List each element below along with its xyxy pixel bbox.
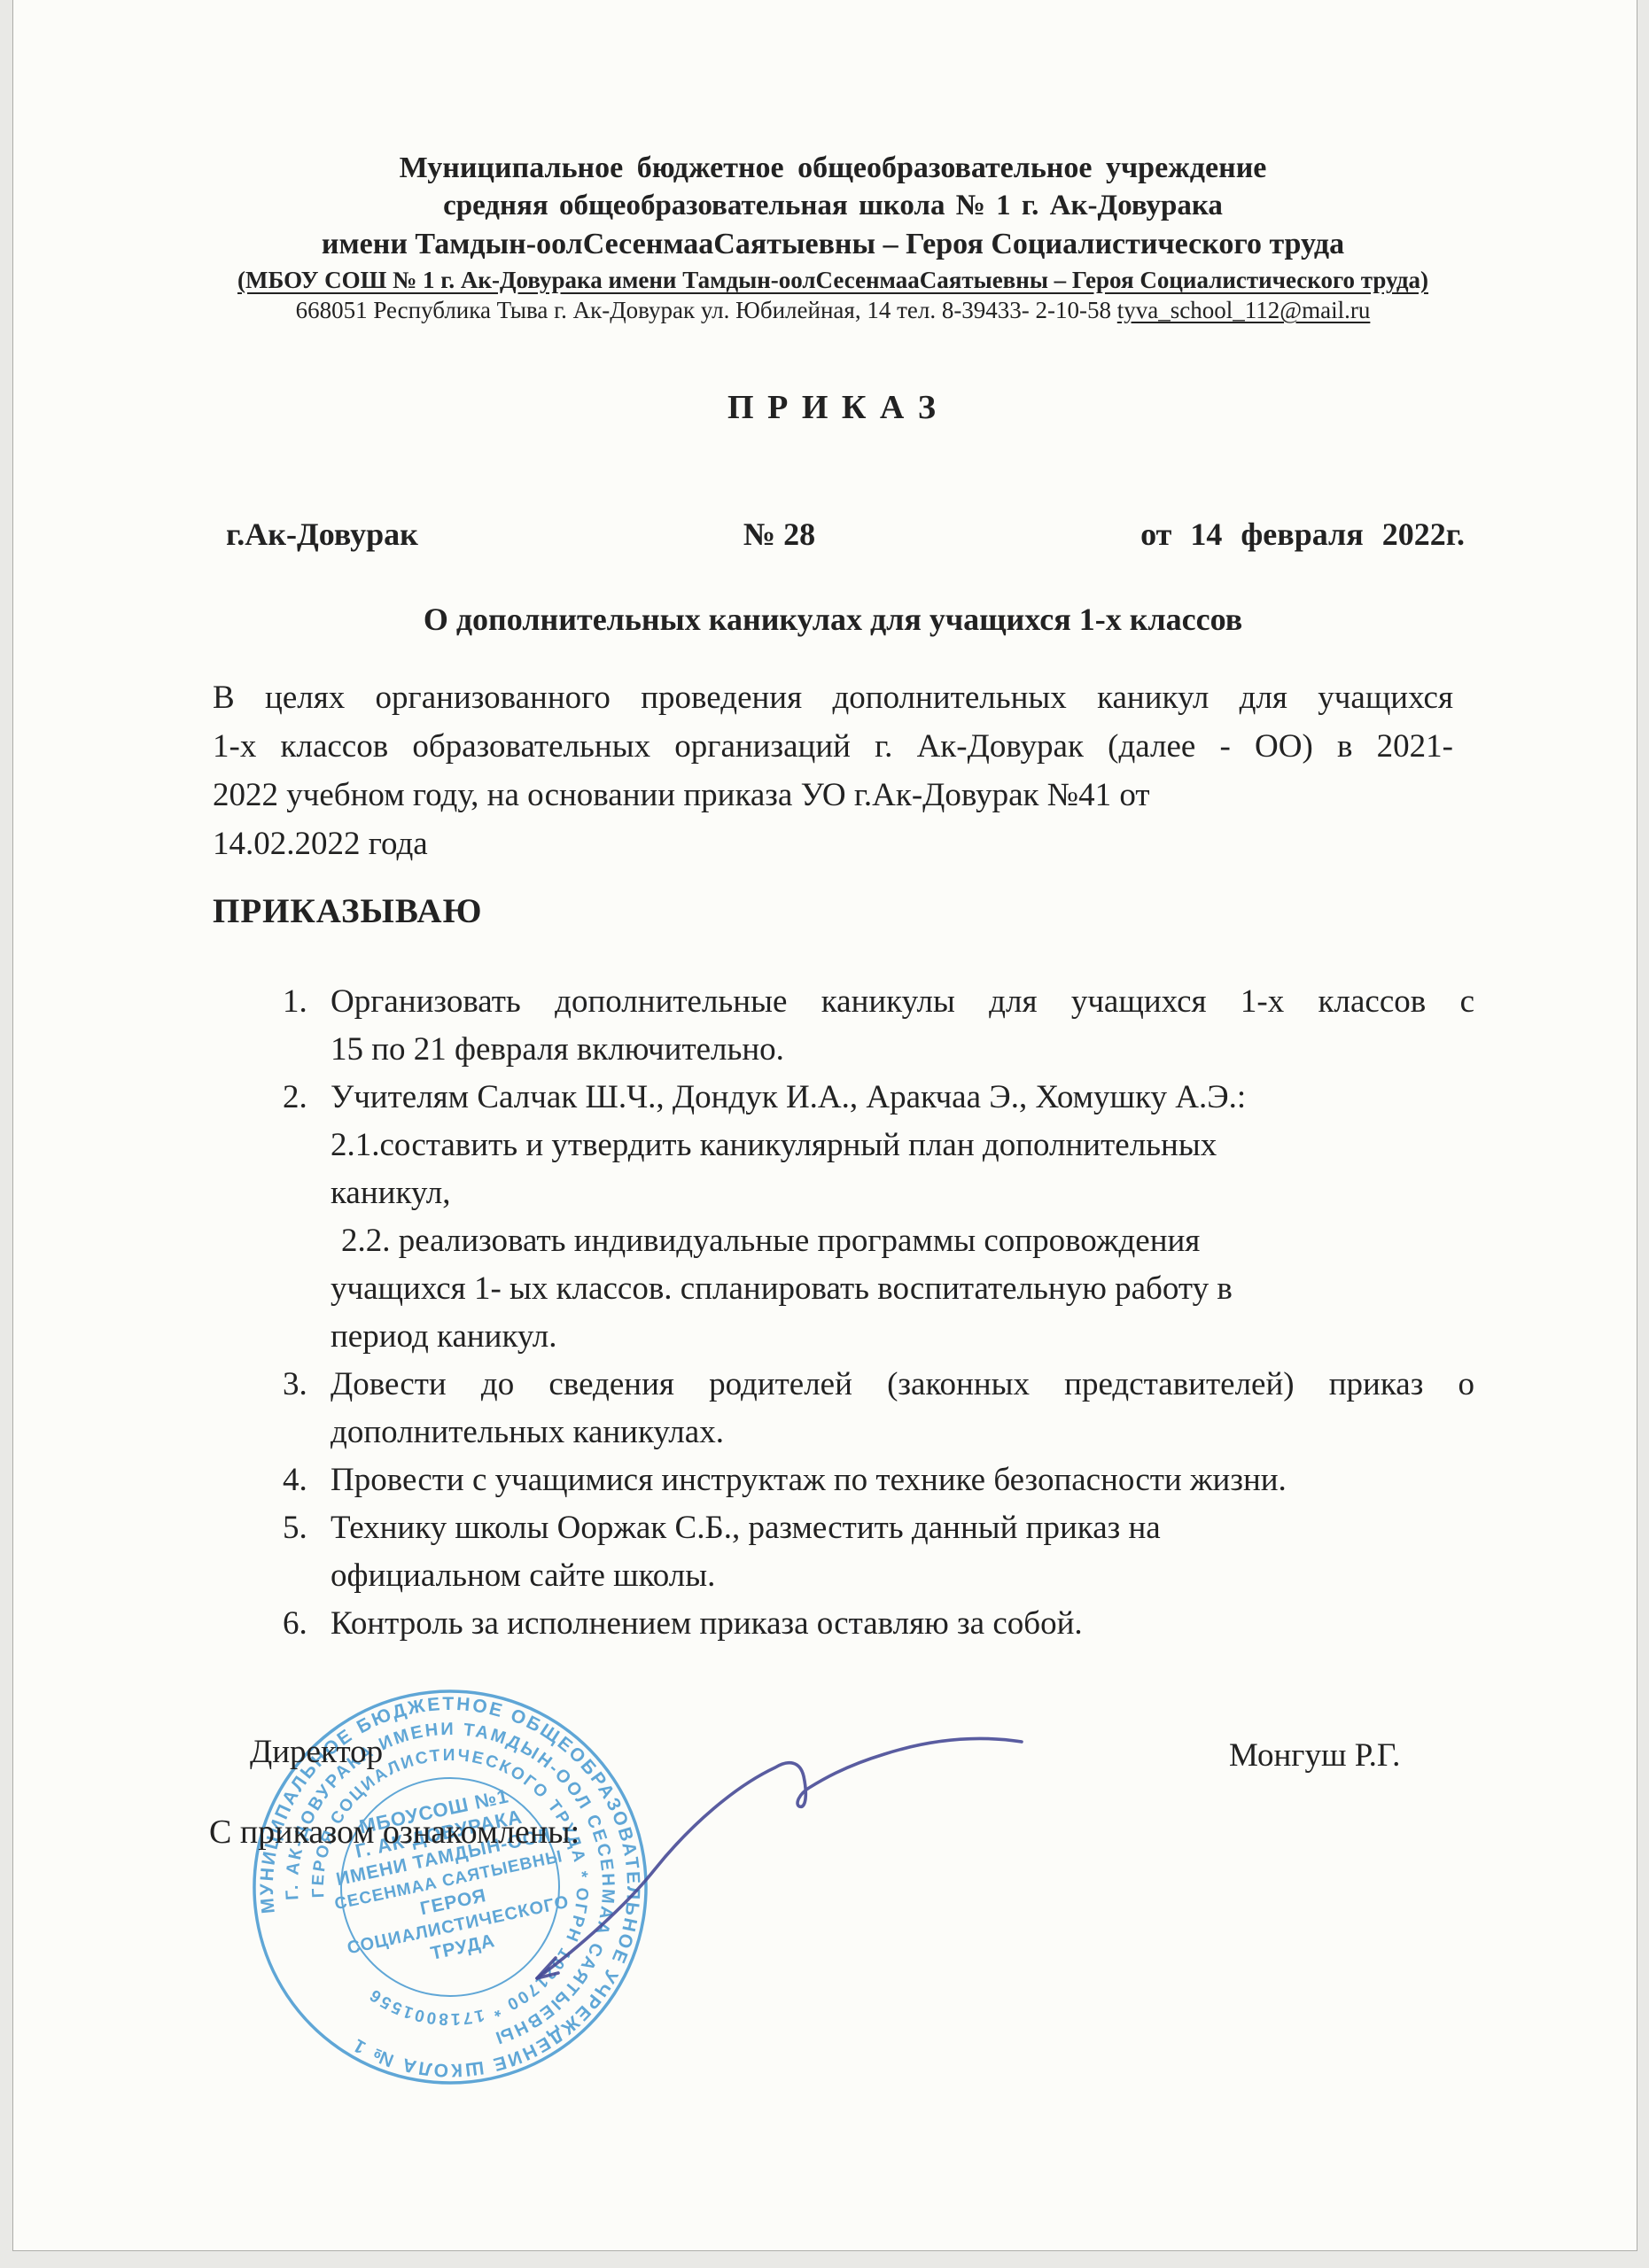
acknowledgement-label: С приказом ознакомлены: (209, 1813, 579, 1852)
preamble-line: В целях организованного проведения допол… (213, 673, 1453, 722)
director-signature (514, 1717, 1046, 2009)
signer-name: Монгуш Р.Г. (1229, 1736, 1400, 1775)
order-date: от 14 февраля 2022г. (1140, 516, 1465, 553)
order-place: г.Ак-Довурак (226, 516, 418, 553)
decree-heading: ПРИКАЗЫВАЮ (213, 891, 482, 931)
org-name-line-2: средняя общеобразовательная школа № 1 г.… (213, 187, 1453, 225)
item-line: каникул, (331, 1169, 1474, 1217)
order-items-list: 1. Организовать дополнительные каникулы … (213, 978, 1474, 1648)
signer-role: Директор (250, 1733, 383, 1771)
list-item: 1. Организовать дополнительные каникулы … (213, 978, 1474, 1074)
preamble: В целях организованного проведения допол… (213, 673, 1453, 868)
preamble-line: 1-х классов образовательных организаций … (213, 722, 1453, 771)
item-number: 3. (283, 1361, 307, 1409)
org-address-line: 668051 Республика Тыва г. Ак-Довурак ул.… (213, 295, 1453, 325)
item-number: 6. (283, 1600, 307, 1648)
org-email-link[interactable]: tyva_school_112@mail.ru (1117, 297, 1371, 323)
item-line: Провести с учащимися инструктаж по техни… (331, 1456, 1474, 1504)
document-title: П Р И К А З (213, 388, 1453, 427)
item-line: Довести до сведения родителей (законных … (331, 1361, 1474, 1409)
list-item: 3. Довести до сведения родителей (законн… (213, 1361, 1474, 1456)
item-line: 15 по 21 февраля включительно. (331, 1026, 1474, 1074)
item-number: 2. (283, 1074, 307, 1122)
item-number: 5. (283, 1504, 307, 1552)
preamble-line: 2022 учебном году, на основании приказа … (213, 771, 1453, 819)
item-line: учащихся 1- ых классов. спланировать вос… (331, 1265, 1474, 1313)
item-line: официальном сайте школы. (331, 1552, 1474, 1600)
item-line: дополнительных каникулах. (331, 1409, 1474, 1456)
item-line: Контроль за исполнением приказа оставляю… (331, 1600, 1474, 1648)
order-subject: О дополнительных каникулах для учащихся … (213, 601, 1453, 638)
list-item: 6. Контроль за исполнением приказа остав… (213, 1600, 1474, 1648)
list-item: 4. Провести с учащимися инструктаж по те… (213, 1456, 1474, 1504)
preamble-line: 14.02.2022 года (213, 819, 1453, 868)
order-number: № 28 (743, 516, 815, 553)
org-name-line-1: Муниципальное бюджетное общеобразователь… (213, 149, 1453, 187)
signature-tail-hook (537, 1958, 558, 1978)
item-number: 4. (283, 1456, 307, 1504)
org-name-line-3: имени Тамдын-оолСесенмааСаятыевны – Геро… (213, 225, 1453, 263)
list-item: 2. Учителям Салчак Ш.Ч., Дондук И.А., Ар… (213, 1074, 1474, 1361)
org-address: 668051 Республика Тыва г. Ак-Довурак ул.… (296, 297, 1117, 323)
item-line: Технику школы Ооржак С.Б., разместить да… (331, 1504, 1474, 1552)
signature-stroke (537, 1738, 1022, 1978)
item-number: 1. (283, 978, 307, 1026)
letterhead: Муниципальное бюджетное общеобразователь… (213, 149, 1453, 325)
item-line: Учителям Салчак Ш.Ч., Дондук И.А., Аракч… (331, 1074, 1474, 1122)
order-meta-row: г.Ак-Довурак № 28 от 14 февраля 2022г. (226, 516, 1465, 553)
item-line: 2.2. реализовать индивидуальные программ… (331, 1217, 1474, 1265)
item-line: период каникул. (331, 1313, 1474, 1361)
org-short-name: (МБОУ СОШ № 1 г. Ак-Довурака имени Тамды… (213, 265, 1453, 295)
item-line: 2.1.составить и утвердить каникулярный п… (331, 1122, 1474, 1169)
item-line: Организовать дополнительные каникулы для… (331, 978, 1474, 1026)
list-item: 5. Технику школы Ооржак С.Б., разместить… (213, 1504, 1474, 1600)
